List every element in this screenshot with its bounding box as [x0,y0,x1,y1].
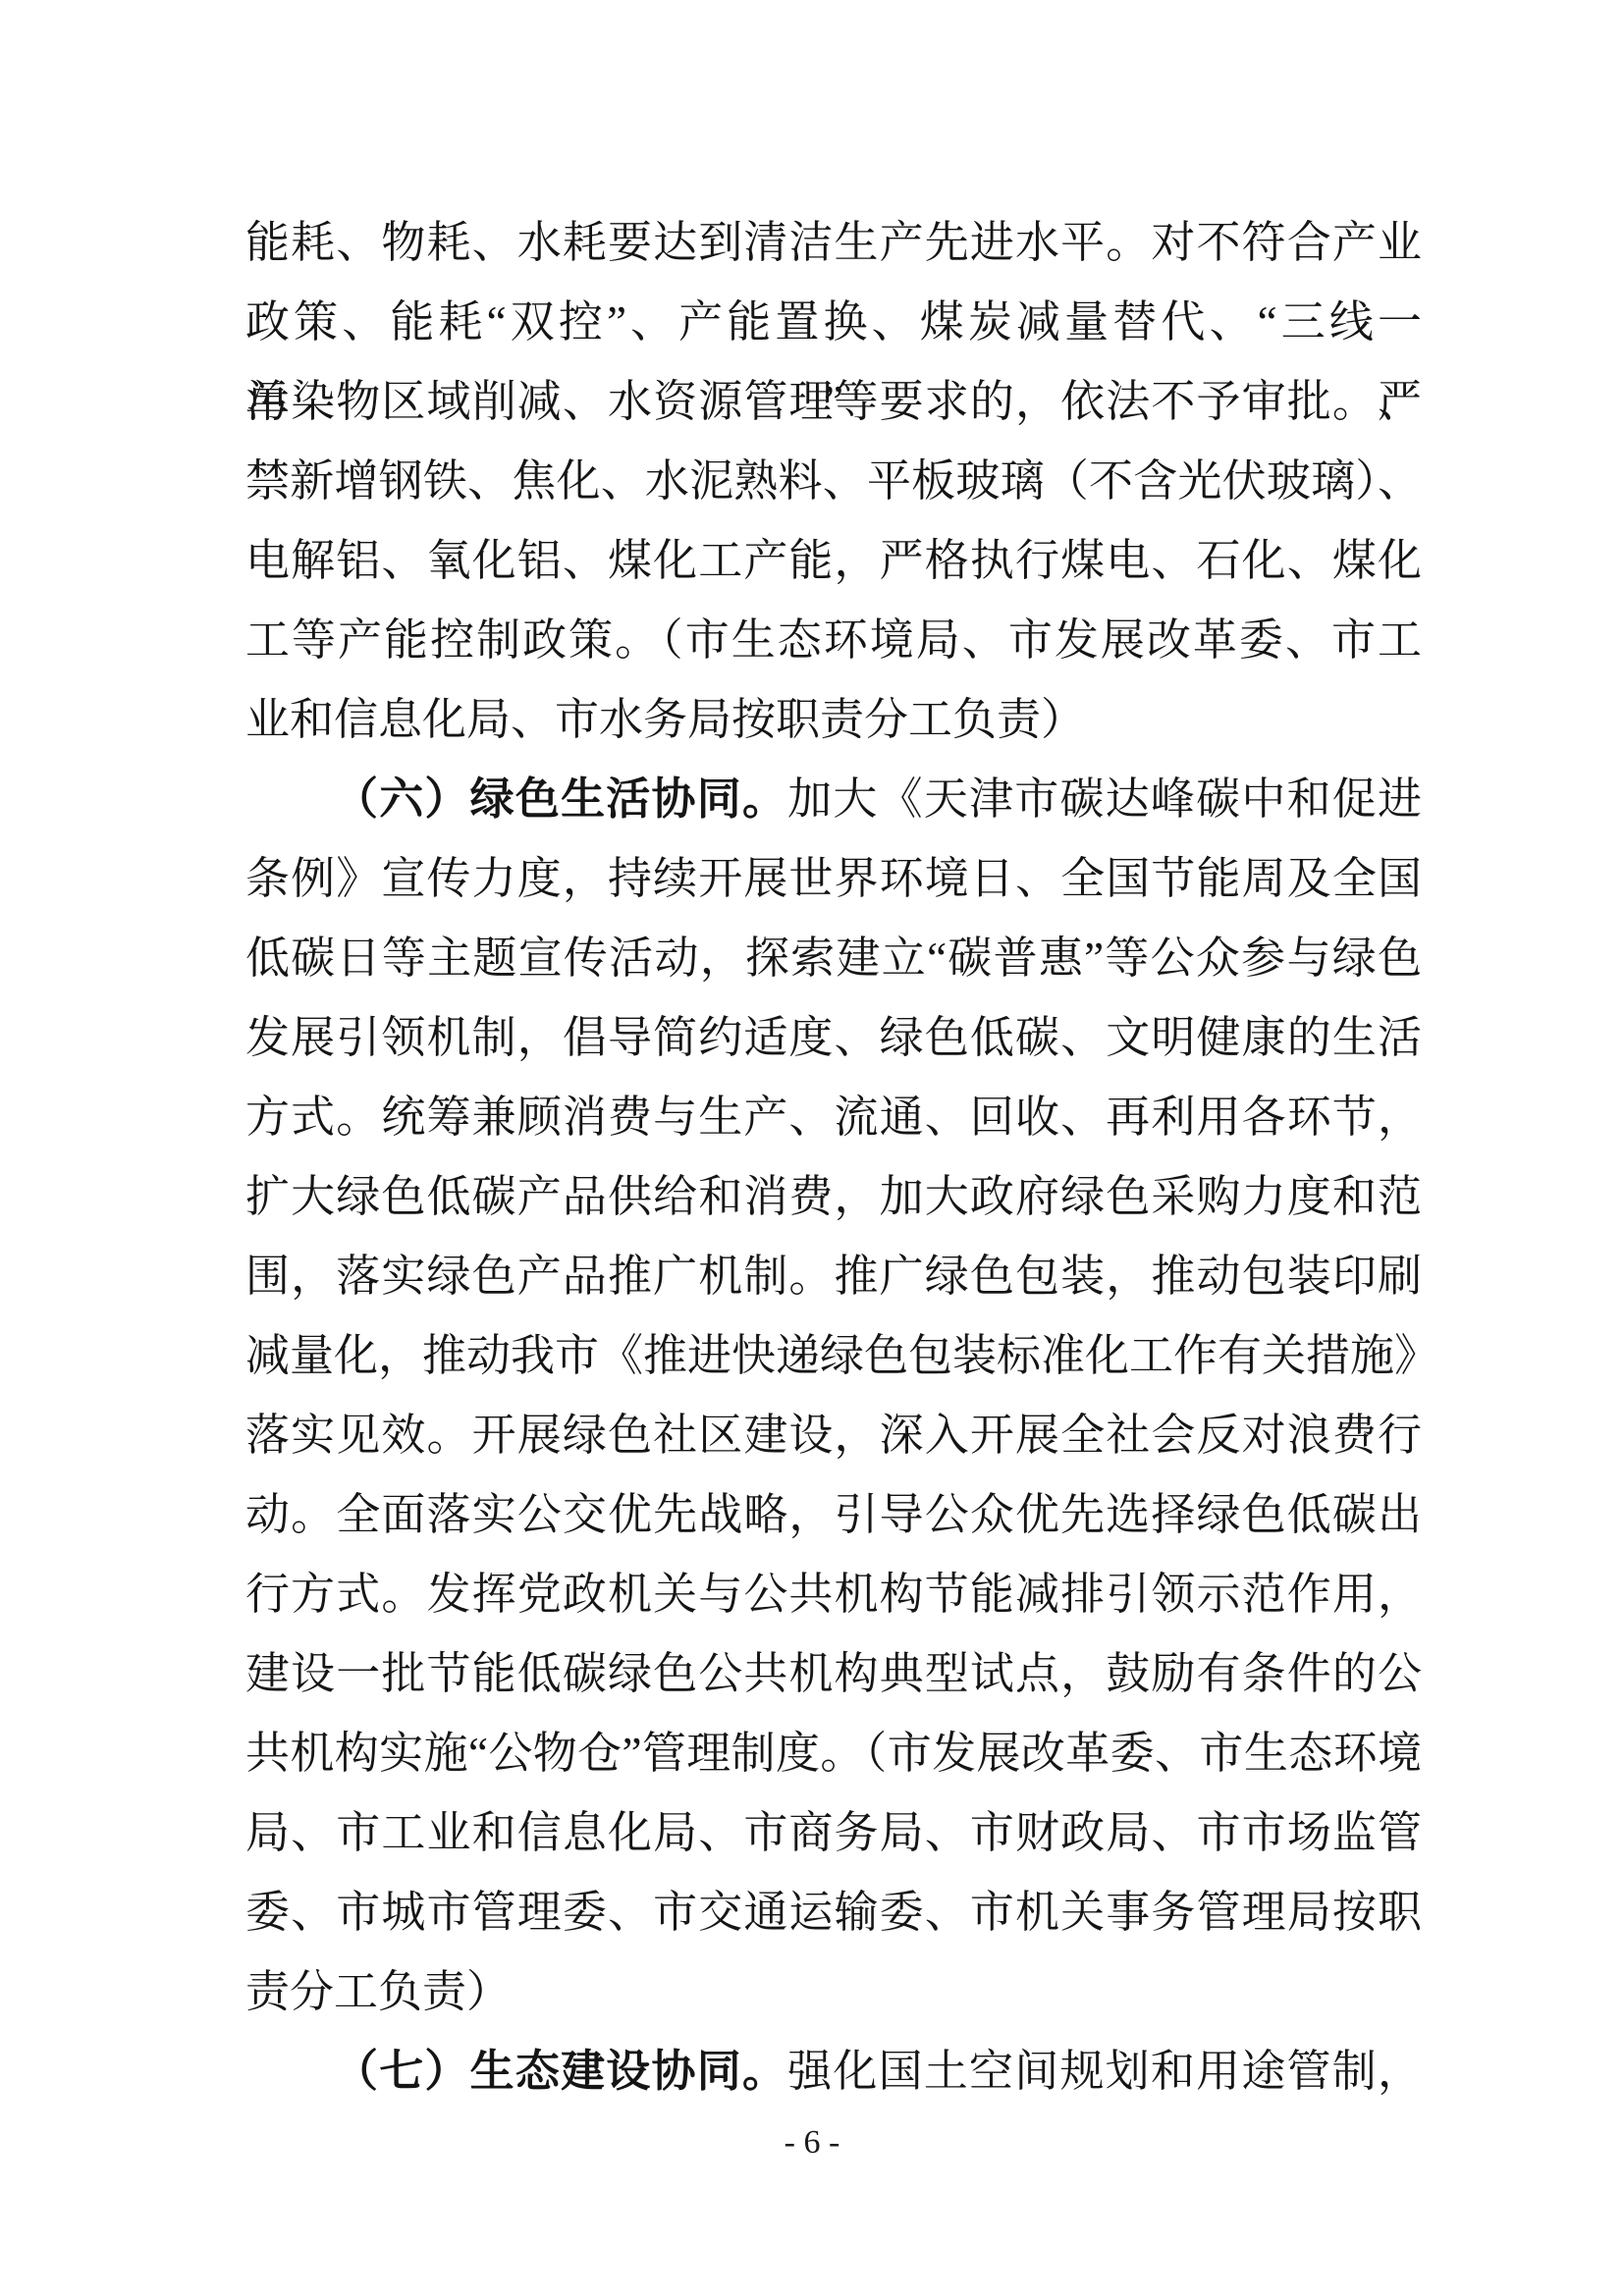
line-text: 行方式。发挥党政机关与公共机构节能减排引领示范作用， [245,1570,1422,1619]
body-line: 业和信息化局、市水务局按职责分工负责） [245,680,1422,760]
body-line: 条例》宣传力度，持续开展世界环境日、全国节能周及全国 [245,839,1422,919]
line-text: 加大《天津市碳达峰碳中和促进 [787,774,1422,824]
line-text: 低碳日等主题宣传活动，探索建立“碳普惠”等公众参与绿色 [245,934,1422,983]
section-heading-line: （七）生态建设协同。强化国土空间规划和用途管制， [245,2032,1422,2111]
line-text: 工等产能控制政策。（市生态环境局、市发展改革委、市工 [245,615,1422,665]
line-text: 禁新增钢铁、焦化、水泥熟料、平板玻璃（不含光伏玻璃）、 [245,456,1422,506]
line-text: 落实见效。开展绿色社区建设，深入开展全社会反对浪费行 [245,1411,1422,1460]
body-line: 方式。统筹兼顾消费与生产、流通、回收、再利用各环节， [245,1078,1422,1157]
body-line: 扩大绿色低碳产品供给和消费，加大政府绿色采购力度和范 [245,1157,1422,1237]
body-line: 发展引领机制，倡导简约适度、绿色低碳、文明健康的生活 [245,998,1422,1078]
body-line: 建设一批节能低碳绿色公共机构典型试点，鼓励有条件的公 [245,1634,1422,1714]
line-text: 责分工负责） [245,1967,511,2016]
line-text: 扩大绿色低碳产品供给和消费，加大政府绿色采购力度和范 [245,1172,1422,1221]
document-body: 能耗、物耗、水耗要达到清洁生产先进水平。对不符合产业 政策、能耗“双控”、产能置… [245,203,1422,2111]
line-text: 围，落实绿色产品推广机制。推广绿色包装，推动包装印刷 [245,1252,1422,1301]
line-text: 减量化，推动我市《推进快递绿色包装标准化工作有关措施》 [245,1331,1438,1380]
line-text: 电解铝、氧化铝、煤化工产能，严格执行煤电、石化、煤化 [245,536,1422,585]
body-line: 污染物区域削减、水资源管理等要求的，依法不予审批。严 [245,362,1422,442]
section-heading: （七）生态建设协同。 [334,2047,787,2096]
section-heading-line: （六）绿色生活协同。加大《天津市碳达峰碳中和促进 [245,760,1422,839]
line-text: 共机构实施“公物仓”管理制度。（市发展改革委、市生态环境 [245,1729,1422,1778]
page-number: - 6 - [0,2120,1624,2165]
line-text: 强化国土空间规划和用途管制， [787,2047,1422,2096]
body-line: 动。全面落实公交优先战略，引导公众优先选择绿色低碳出 [245,1475,1422,1555]
body-line: 减量化，推动我市《推进快递绿色包装标准化工作有关措施》 [245,1316,1422,1396]
body-line: 责分工负责） [245,1952,1422,2032]
line-text: 委、市城市管理委、市交通运输委、市机关事务管理局按职 [245,1888,1422,1937]
line-text: 污染物区域削减、水资源管理等要求的，依法不予审批。严 [245,377,1422,426]
body-line: 共机构实施“公物仓”管理制度。（市发展改革委、市生态环境 [245,1714,1422,1793]
line-text: 业和信息化局、市水务局按职责分工负责） [245,695,1085,744]
body-line: 围，落实绿色产品推广机制。推广绿色包装，推动包装印刷 [245,1237,1422,1316]
line-text: 动。全面落实公交优先战略，引导公众优先选择绿色低碳出 [245,1490,1422,1539]
body-line: 委、市城市管理委、市交通运输委、市机关事务管理局按职 [245,1873,1422,1952]
document-page: 能耗、物耗、水耗要达到清洁生产先进水平。对不符合产业 政策、能耗“双控”、产能置… [0,0,1624,2296]
line-text: 局、市工业和信息化局、市商务局、市财政局、市市场监管 [245,1808,1422,1857]
body-line: 行方式。发挥党政机关与公共机构节能减排引领示范作用， [245,1555,1422,1634]
body-line: 低碳日等主题宣传活动，探索建立“碳普惠”等公众参与绿色 [245,919,1422,998]
section-heading: （六）绿色生活协同。 [334,774,787,824]
body-line: 局、市工业和信息化局、市商务局、市财政局、市市场监管 [245,1793,1422,1873]
line-text: 发展引领机制，倡导简约适度、绿色低碳、文明健康的生活 [245,1013,1422,1062]
body-line: 工等产能控制政策。（市生态环境局、市发展改革委、市工 [245,601,1422,680]
line-text: 建设一批节能低碳绿色公共机构典型试点，鼓励有条件的公 [245,1649,1422,1698]
line-text: 能耗、物耗、水耗要达到清洁生产先进水平。对不符合产业 [245,218,1422,267]
body-line: 能耗、物耗、水耗要达到清洁生产先进水平。对不符合产业 [245,203,1422,283]
line-text: 条例》宣传力度，持续开展世界环境日、全国节能周及全国 [245,854,1422,903]
line-text: 方式。统筹兼顾消费与生产、流通、回收、再利用各环节， [245,1093,1422,1142]
body-line: 电解铝、氧化铝、煤化工产能，严格执行煤电、石化、煤化 [245,521,1422,601]
body-line: 落实见效。开展绿色社区建设，深入开展全社会反对浪费行 [245,1396,1422,1475]
body-line: 禁新增钢铁、焦化、水泥熟料、平板玻璃（不含光伏玻璃）、 [245,442,1422,521]
body-line: 政策、能耗“双控”、产能置换、煤炭减量替代、“三线一单”、 [245,283,1422,362]
